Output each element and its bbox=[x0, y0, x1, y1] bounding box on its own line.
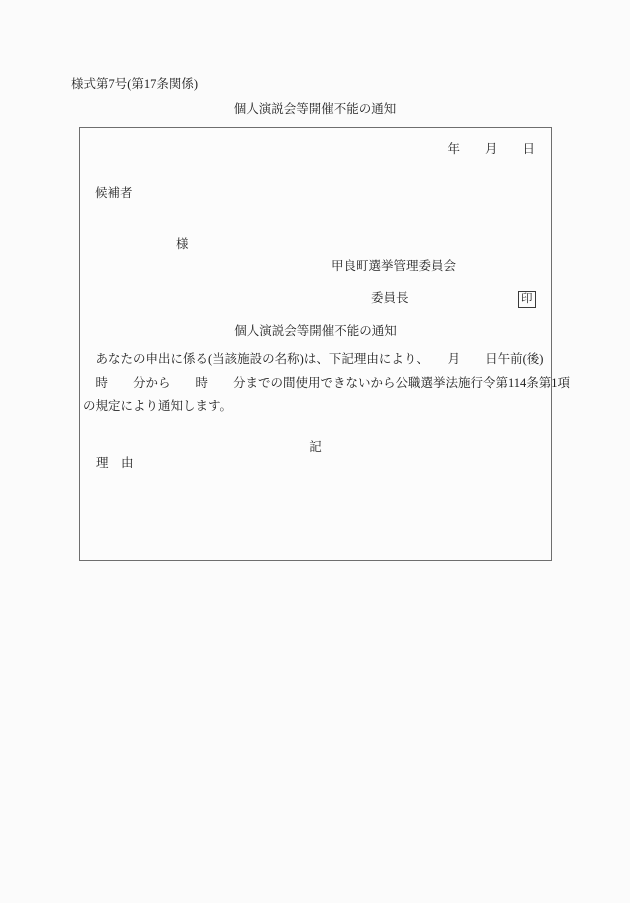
document-page: 様式第7号(第17条関係) 個人演説会等開催不能の通知 年 月 日 候補者 様 … bbox=[0, 0, 630, 903]
record-marker: 記 bbox=[80, 440, 551, 456]
body-line-1: あなたの申出に係る(当該施設の名称)は、下記理由により、 月 日午前(後) bbox=[83, 352, 543, 368]
issuer-organization: 甲良町選挙管理委員会 bbox=[331, 259, 456, 275]
seal-placeholder: 印 bbox=[518, 291, 536, 308]
seal-mark: 印 bbox=[521, 293, 533, 305]
form-number: 様式第7号(第17条関係) bbox=[71, 77, 198, 93]
date-line: 年 月 日 bbox=[447, 142, 535, 158]
addressee-label: 候補者 bbox=[95, 186, 133, 202]
notice-form-box: 年 月 日 候補者 様 甲良町選挙管理委員会 委員長 印 個人演説会等開催不能の… bbox=[79, 127, 552, 561]
issuer-title: 委員長 bbox=[371, 291, 409, 307]
body-line-2: 時 分から 時 分までの間使用できないから公職選挙法施行令第114条第1項 bbox=[83, 376, 570, 392]
addressee-honorific: 様 bbox=[176, 237, 189, 253]
document-title: 個人演説会等開催不能の通知 bbox=[0, 102, 630, 118]
notice-subject: 個人演説会等開催不能の通知 bbox=[80, 324, 551, 340]
reason-label: 理 由 bbox=[96, 456, 134, 472]
body-line-3: の規定により通知します。 bbox=[83, 399, 232, 415]
